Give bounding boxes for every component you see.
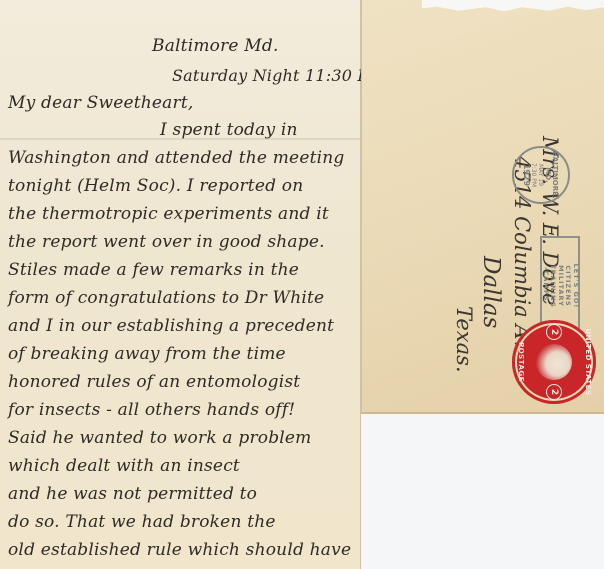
stamp-portrait xyxy=(536,344,572,380)
slogan-line: TRAINING xyxy=(549,264,557,308)
letter-line: honored rules of an entomologist xyxy=(8,372,300,392)
slogan-line: MILITARY xyxy=(556,265,564,307)
address-city: Dallas xyxy=(478,256,504,328)
handwritten-letter-page: Baltimore Md. Saturday Night 11:30 PM My… xyxy=(0,0,360,569)
envelope: Mrs. W. E. Dove 4514 Columbia Ave Dallas… xyxy=(362,0,604,414)
slogan-line: -CAMPS- xyxy=(541,267,549,305)
letter-line: form of congratulations to Dr White xyxy=(8,288,324,308)
letter-place: Baltimore Md. xyxy=(152,36,279,56)
torn-edge xyxy=(422,0,604,12)
letter-date-line: Saturday Night 11:30 PM xyxy=(172,66,385,85)
letter-line: do so. That we had broken the xyxy=(8,512,276,532)
postmark-circle: BALTIMORE, MD. MAY 19 7:30 PM 1929 xyxy=(512,146,570,204)
letter-line: of breaking away from the time xyxy=(8,344,286,364)
address-state: Texas. xyxy=(452,306,476,373)
letter-line: and he was not permitted to xyxy=(8,484,257,504)
postmark-time: 7:30 PM xyxy=(531,163,538,187)
postmark-year: 1929 xyxy=(524,164,531,186)
letter-line: Washington and attended the meeting xyxy=(8,148,344,168)
postmark-city: BALTIMORE, MD. xyxy=(545,148,559,202)
stamp-denomination: 2 xyxy=(546,384,562,400)
letter-line: old established rule which should have xyxy=(8,540,351,560)
slogan-line: LET'S GO! xyxy=(571,264,579,309)
letter-line: which dealt with an insect xyxy=(8,456,240,476)
letter-line: Stiles made a few remarks in the xyxy=(8,260,299,280)
letter-line: and I in our establishing a precedent xyxy=(8,316,334,336)
letter-line: the thermotropic experiments and it xyxy=(8,204,329,224)
postage-stamp-icon: UNITED STATES 2 2 POSTAGE xyxy=(512,320,596,404)
letter-line: for insects - all others hands off! xyxy=(8,400,295,420)
stamp-denomination: 2 xyxy=(546,324,562,340)
slogan-line: CITIZENS xyxy=(564,265,572,306)
stamp-top-text: UNITED STATES xyxy=(584,320,592,404)
letter-salutation: My dear Sweetheart, xyxy=(8,93,193,113)
letter-line: I spent today in xyxy=(160,120,298,140)
postmark-date: MAY 19 xyxy=(538,164,545,186)
letter-line: tonight (Helm Soc). I reported on xyxy=(8,176,303,196)
letter-line: Said he wanted to work a problem xyxy=(8,428,312,448)
letter-line: the report went over in good shape. xyxy=(8,232,325,252)
stamp-bottom-text: POSTAGE xyxy=(517,320,525,404)
